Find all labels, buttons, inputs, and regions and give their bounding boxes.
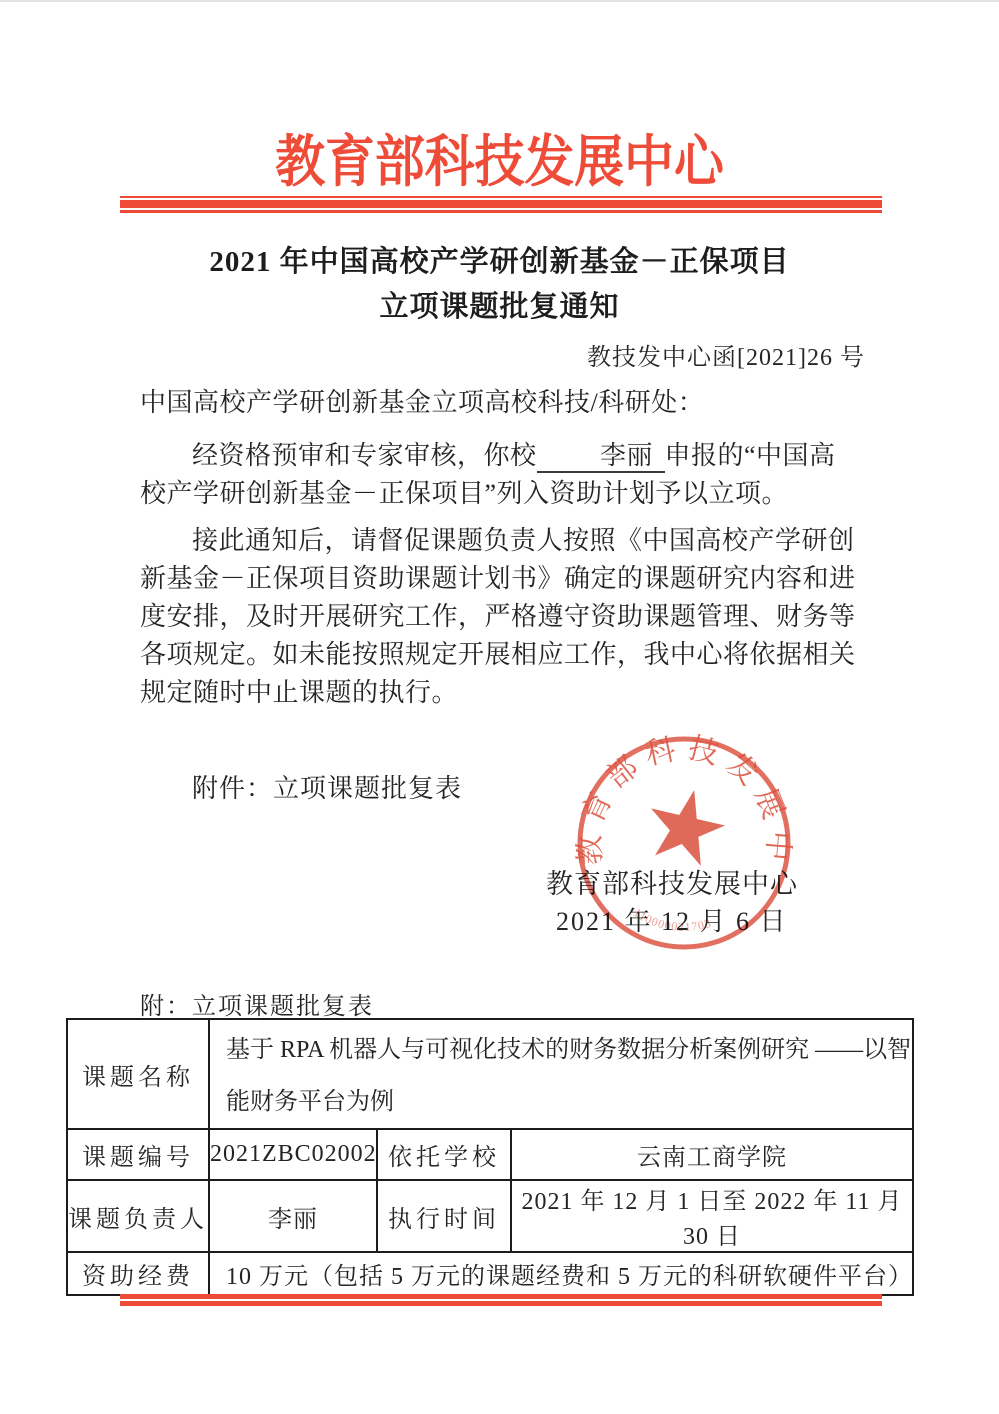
table-row-funding: 资助经费 10 万元（包括 5 万元的课题经费和 5 万元的科研软硬件平台） (67, 1252, 913, 1295)
topic-name-line2: 能财务平台为例 (226, 1076, 912, 1128)
approval-table: 课题名称 基于 RPA 机器人与可视化技术的财务数据分析案例研究 ——以智 能财… (66, 1018, 914, 1296)
letter-body: 中国高校产学研创新基金立项高校科技/科研处： 经资格预审和专家审核，你校李丽申报… (140, 384, 866, 712)
scan-edge-artifact (0, 0, 999, 2)
seal-star-icon (641, 782, 731, 870)
seal-serial-number: 110000021703 (630, 905, 715, 937)
attachment-note: 附件：立项课题批复表 (192, 768, 462, 805)
table-row-leader: 课题负责人 李丽 执行时间 2021 年 12 月 1 日至 2022 年 11… (67, 1180, 913, 1252)
value-topic-leader: 李丽 (209, 1180, 377, 1252)
table-row-topic-number: 课题编号 2021ZBC02002 依托学校 云南工商学院 (67, 1129, 913, 1180)
label-funding: 资助经费 (67, 1252, 209, 1295)
paragraph-requirements-line: 规定随时中止课题的执行。 (140, 674, 866, 712)
rule-thin-bottom (120, 210, 882, 213)
paragraph-requirements-line: 度安排，及时开展研究工作，严格遵守资助课题管理、财务等 (140, 598, 866, 636)
attachment-table-heading: 附：立项课题批复表 (140, 986, 374, 1021)
salutation: 中国高校产学研创新基金立项高校科技/科研处： (140, 384, 866, 422)
letterhead-divider-rule (120, 196, 882, 213)
value-host-school: 云南工商学院 (511, 1129, 913, 1180)
seal-serial-container: 110000021703 (630, 905, 715, 937)
notice-title: 2021 年中国高校产学研创新基金－正保项目 立项课题批复通知 (0, 240, 999, 330)
topic-name-lines: 基于 RPA 机器人与可视化技术的财务数据分析案例研究 ——以智 能财务平台为例 (210, 1020, 912, 1128)
paragraph-requirements-line: 各项规定。如未能按照规定开展相应工作，我中心将依据相关 (140, 636, 866, 674)
para1-prefix: 经资格预审和专家审核，你校 (192, 441, 537, 470)
notice-title-line2: 立项课题批复通知 (0, 285, 999, 330)
letterhead-org-title: 教育部科技发展中心 (55, 118, 944, 198)
notice-title-line1: 2021 年中国高校产学研创新基金－正保项目 (0, 240, 999, 285)
paragraph-requirements-line: 接此通知后，请督促课题负责人按照《中国高校产学研创 (140, 522, 866, 560)
applicant-name-underlined: 李丽 (537, 441, 665, 473)
value-topic-name: 基于 RPA 机器人与可视化技术的财务数据分析案例研究 ——以智 能财务平台为例 (209, 1019, 913, 1129)
paragraph-requirements: 接此通知后，请督促课题负责人按照《中国高校产学研创 新基金－正保项目资助课题计划… (140, 522, 866, 712)
seal-ring-text-container: 教育部科技发展中心 (560, 719, 805, 884)
label-topic-number: 课题编号 (67, 1129, 209, 1180)
paragraph-approval-line2: 校产学研创新基金－正保项目”列入资助计划予以立项。 (140, 475, 866, 513)
label-host-school: 依托学校 (377, 1129, 511, 1180)
value-funding: 10 万元（包括 5 万元的课题经费和 5 万元的科研软硬件平台） (209, 1252, 913, 1295)
label-execution-period: 执行时间 (377, 1180, 511, 1252)
paragraph-approval-line1: 经资格预审和专家审核，你校李丽申报的“中国高 (140, 437, 866, 475)
seal-ring-text: 教育部科技发展中心 (560, 719, 805, 884)
official-seal-stamp: 教育部科技发展中心 110000021703 (560, 719, 807, 966)
rule-thick (120, 200, 882, 208)
topic-name-line1: 基于 RPA 机器人与可视化技术的财务数据分析案例研究 ——以智 (226, 1024, 912, 1076)
scanned-official-letter: 教育部科技发展中心 2021 年中国高校产学研创新基金－正保项目 立项课题批复通… (0, 0, 999, 1414)
paragraph-approval: 经资格预审和专家审核，你校李丽申报的“中国高 校产学研创新基金－正保项目”列入资… (140, 437, 866, 513)
value-topic-number: 2021ZBC02002 (209, 1129, 377, 1180)
value-execution-period: 2021 年 12 月 1 日至 2022 年 11 月 30 日 (511, 1180, 913, 1252)
para1-rest: 申报的“中国高 (665, 441, 836, 470)
label-topic-leader: 课题负责人 (67, 1180, 209, 1252)
footer-divider-rule (120, 1294, 882, 1306)
label-topic-name: 课题名称 (67, 1019, 209, 1129)
rule-bottom (120, 1301, 882, 1306)
paragraph-requirements-line: 新基金－正保项目资助课题计划书》确定的课题研究内容和进 (140, 560, 866, 598)
document-number: 教技发中心函[2021]26 号 (587, 337, 865, 372)
table-row-topic-name: 课题名称 基于 RPA 机器人与可视化技术的财务数据分析案例研究 ——以智 能财… (67, 1019, 913, 1129)
